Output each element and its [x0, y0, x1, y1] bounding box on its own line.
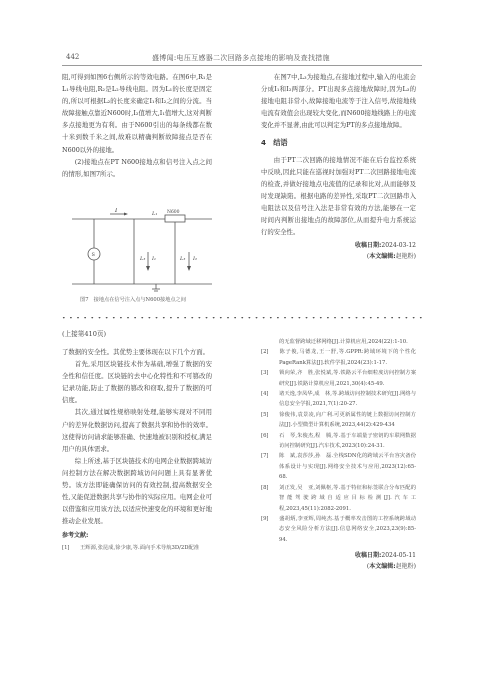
right-column-top: 在图7中,L₃为接地点,在接地过程中,输入的电流会分成I₁和I₂两部分。PT出现…: [261, 71, 416, 262]
received-date-line: 收稿日期:2024-03-12: [261, 240, 416, 251]
body-paragraph: 阻,可得到如图6右侧所示的等效电路。在图6中,R₁是L₁导线电阻,R₂是L₂导线…: [62, 71, 212, 156]
label-I1: I₁: [151, 256, 156, 262]
reference-item: [2]陈子俊,马德龙,王一舒,等.GPPR:跨域环境下的个性化PageRank算…: [261, 347, 416, 368]
received-date: 2024-03-12: [381, 242, 416, 249]
dotted-separator: ••••••••••••••••••••••••••••••••••••••••…: [62, 317, 424, 321]
editor-line: (本文编辑:赵艳粉): [261, 251, 416, 262]
editor-label: 本文编辑:: [369, 563, 395, 570]
page-number: 442: [66, 53, 79, 61]
references-list: 的无监督跨域迁移网络[J].计算机应用,2024(22):1-10. [2]陈子…: [261, 337, 416, 572]
label-L3-left: L₃: [139, 256, 145, 262]
label-I2: I₂: [192, 256, 197, 262]
reference-item: [7]陈 斌,袁莎莎,孙 磊.全栈SDN化的跨域云平台容灾备份体系设计与实现[J…: [261, 451, 416, 482]
references-heading: 参考文献:: [62, 530, 212, 542]
figure-7-caption: 图7 接地点在信号注入点与N600接地点之间: [80, 296, 250, 303]
body-paragraph: 了数据的安全性。其优势主要体现在以下几个方面。: [62, 346, 212, 358]
source-label: S: [92, 252, 96, 258]
reference-item: [5]徐俊伟,袁景凌,向广利.可更新属性的链上数据访问控制方法[J].小型微型计…: [261, 410, 416, 431]
body-paragraph: 首先,采用区块链技术作为基础,增强了数据的安全性和信任度。区块链的去中心化特性和…: [62, 358, 212, 406]
received-date-line: 收稿日期:2024-05-11: [261, 550, 416, 561]
editor-line: (本文编辑:赵艳粉): [261, 561, 416, 572]
reference-item: [9]盛胡炳,李亚辉,周纯杰.基于概率攻击图的工控系统跨域动态安全风险分析方法[…: [261, 514, 416, 545]
received-label: 收稿日期:: [355, 242, 381, 249]
label-L1: L₁: [151, 211, 157, 217]
figure-7-circuit-diagram: I L₁ N600 S L₃ I₁ L₃ I₂: [70, 208, 215, 296]
left-column-bottom: 了数据的安全性。其优势主要体现在以下几个方面。 首先,采用区块链技术作为基础,增…: [62, 346, 212, 553]
editor-label: 本文编辑:: [369, 253, 395, 260]
editor-name: 赵艳粉: [396, 253, 414, 260]
reference-item: [6]石 琴,朱俊杰,程 腾,等.基于车端量子密钥的车联网数据访问控制研究[J]…: [261, 431, 416, 452]
received-label: 收稿日期:: [355, 552, 381, 559]
current-label-I: I: [114, 208, 118, 214]
body-paragraph: 综上所述,基于区块链技术的电网企业数据跨域访问控制方法在解决数据跨域访问问题上具…: [62, 455, 212, 528]
conclusion-paragraph: 由于PT二次回路的接地情况不能在后台监控系统中反映,因此只能在巡视时加强对PT二…: [261, 154, 416, 239]
reference-item: 的无监督跨域迁移网络[J].计算机应用,2024(22):1-10.: [261, 337, 416, 347]
section-heading-conclusion: 4 结语: [261, 137, 416, 149]
reference-item: [3]锁向荣,齐 胜,张悦斌,等.铁路云平台细粒度访问控制方案研究[J].铁路计…: [261, 368, 416, 389]
resistor-label-n600: N600: [167, 209, 180, 215]
received-date: 2024-05-11: [381, 552, 416, 559]
reference-item: [4]诸天逸,李凤华,成 林,等.跨域访问控制技术研究[J].网络与信息安全学报…: [261, 389, 416, 410]
header-rule: [62, 65, 422, 66]
body-paragraph: 在图7中,L₃为接地点,在接地过程中,输入的电流会分成I₁和I₂两部分。PT出现…: [261, 71, 416, 131]
continuation-note: (上接第410页): [62, 328, 106, 338]
reference-item: [8]刘正发,吴 亚,刘佩枢,等.基于特征和标签联合分布匹配的智能驾驶跨域自适应…: [261, 483, 416, 514]
reference-item: [1]王辉源,张昆成,徐少康,等.面向手术导航3D/2D配准: [62, 543, 212, 553]
body-paragraph: (2)接地点在PT N600接地点和信号注入点之间的情形,如图7所示。: [62, 156, 212, 180]
left-column-top: 阻,可得到如图6右侧所示的等效电路。在图6中,R₁是L₁导线电阻,R₂是L₂导线…: [62, 71, 212, 180]
running-title: 盛博闻:电压互感器二次回路多点接地的影响及查找措施: [152, 53, 330, 63]
editor-name: 赵艳粉: [396, 563, 414, 570]
body-paragraph: 其次,通过属性规格映射处理,能够实现对不同用户的差异化数据访问,提高了数据共享和…: [62, 406, 212, 454]
label-L3-right: L₃: [179, 256, 185, 262]
